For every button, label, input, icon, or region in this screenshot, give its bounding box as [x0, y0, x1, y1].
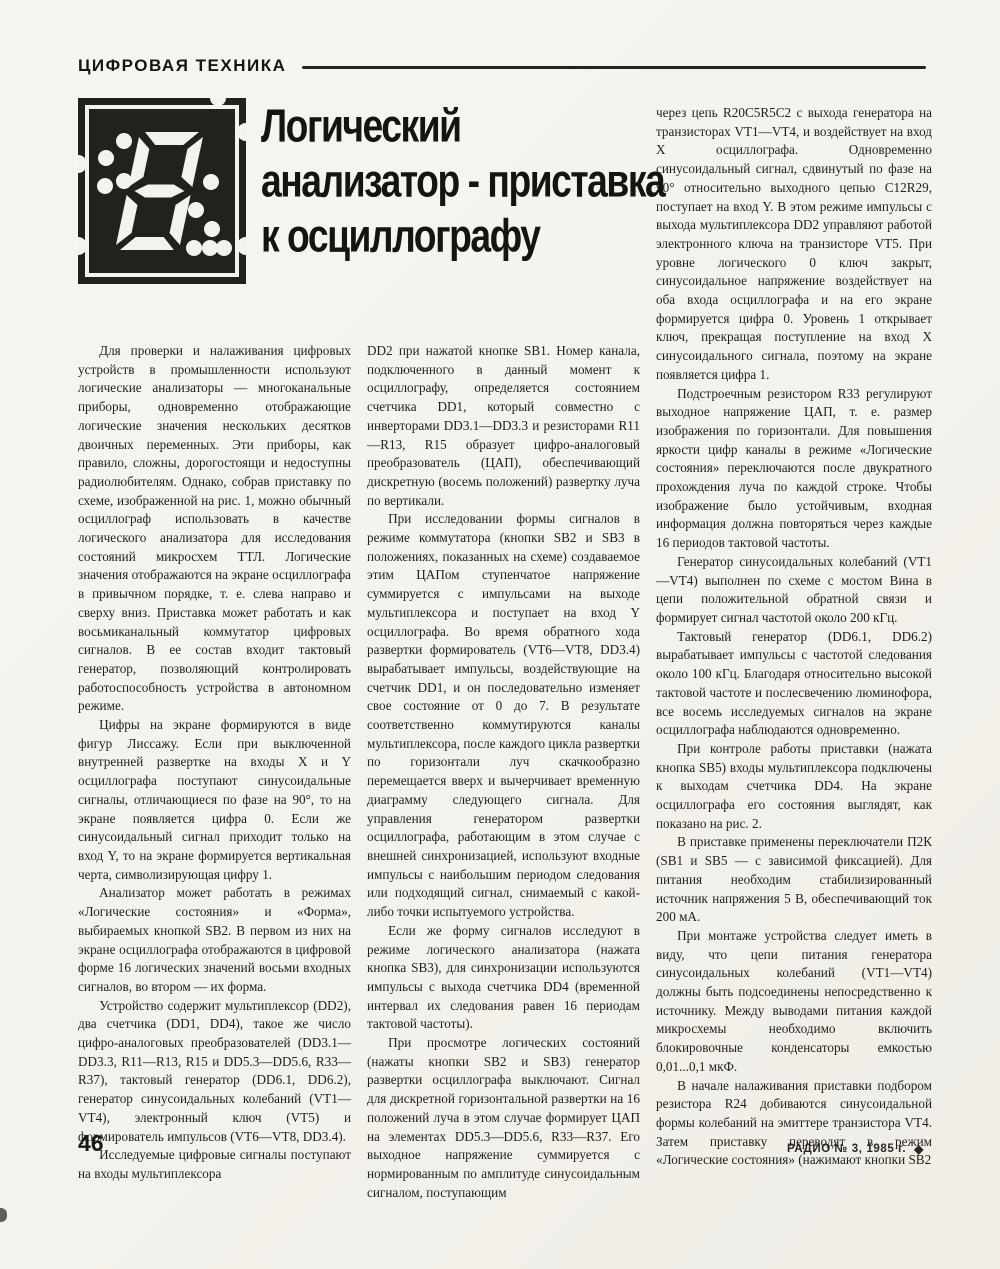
- text-column-2: DD2 при нажатой кнопке SB1. Номер канала…: [367, 342, 640, 1202]
- paragraph: Цифры на экране формируются в виде фигур…: [78, 716, 351, 884]
- article-title: Логический анализатор - приставка к осци…: [261, 100, 664, 265]
- paragraph: В начале налаживания приставки подбором …: [656, 1077, 932, 1171]
- paragraph: Если же форму сигналов исследуют в режим…: [367, 922, 640, 1034]
- header-rule: [302, 66, 926, 69]
- paragraph: Исследуемые цифровые сигналы поступают н…: [78, 1146, 351, 1183]
- paragraph: При контроле работы приставки (нажата кн…: [656, 740, 932, 834]
- paragraph: Тактовый генератор (DD6.1, DD6.2) выраба…: [656, 628, 932, 740]
- section-title: ЦИФРОВАЯ ТЕХНИКА: [78, 56, 286, 76]
- magazine-page: ЦИФРОВАЯ ТЕХНИКА: [0, 0, 1000, 1269]
- paragraph: При исследовании формы сигналов в режиме…: [367, 510, 640, 921]
- paragraph: В приставке применены переключатели П2К …: [656, 833, 932, 927]
- section-header: ЦИФРОВАЯ ТЕХНИКА: [78, 56, 926, 76]
- page-number: 46: [78, 1130, 104, 1157]
- paragraph: При монтаже устройства следует иметь в в…: [656, 927, 932, 1077]
- title-line-2: анализатор - приставка: [261, 155, 664, 210]
- journal-issue-label: РАДИО № 3, 1985 г.: [787, 1143, 906, 1155]
- paragraph: При просмотре логических состояний (нажа…: [367, 1034, 640, 1202]
- paragraph: через цепь R20C5R5C2 с выхода генератора…: [656, 104, 932, 385]
- seven-segment-display-icon: [78, 98, 246, 289]
- scan-artifact: [0, 1208, 7, 1222]
- title-line-1: Логический: [261, 100, 664, 155]
- text-columns: Для проверки и налаживания цифровых устр…: [78, 342, 640, 1202]
- text-column-3: через цепь R20C5R5C2 с выхода генератора…: [656, 98, 932, 1202]
- article-body: Логический анализатор - приставка к осци…: [78, 98, 926, 1202]
- journal-footer: РАДИО № 3, 1985 г. ◆: [787, 1142, 924, 1156]
- title-line-3: к осциллографу: [261, 210, 664, 265]
- paragraph: Генератор синусоидальных колебаний (VT1—…: [656, 553, 932, 628]
- text-column-1: Для проверки и налаживания цифровых устр…: [78, 342, 351, 1202]
- paragraph: Для проверки и налаживания цифровых устр…: [78, 342, 351, 716]
- paragraph: DD2 при нажатой кнопке SB1. Номер канала…: [367, 342, 640, 510]
- left-area: Логический анализатор - приставка к осци…: [78, 98, 640, 1202]
- paragraph: Подстроечным резистором R33 регулируют в…: [656, 385, 932, 553]
- diamond-icon: ◆: [914, 1142, 924, 1156]
- title-block: Логический анализатор - приставка к осци…: [78, 98, 640, 286]
- paragraph: Устройство содержит мультиплексор (DD2),…: [78, 997, 351, 1147]
- paragraph: Анализатор может работать в режимах «Лог…: [78, 884, 351, 996]
